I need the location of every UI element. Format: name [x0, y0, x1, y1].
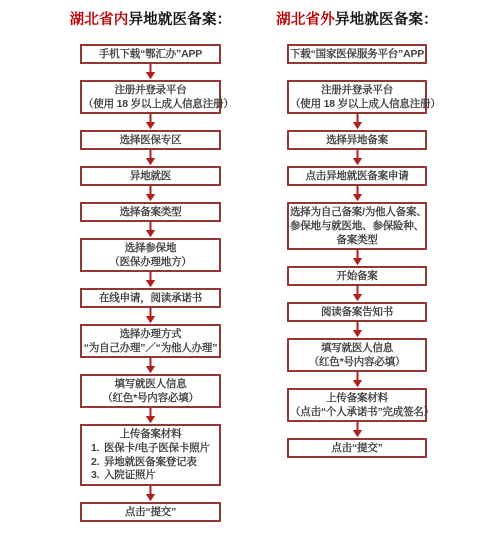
step-text-line: 参保地与就医地、参保险种、 — [290, 219, 424, 233]
step-text-line: 点击异地就医备案申请 — [290, 169, 424, 183]
down-arrow-icon — [144, 114, 157, 130]
flow-step-box: 选择为自己备案/为他人备案、参保地与就医地、参保险种、备案类型 — [287, 202, 427, 250]
step-text-line: “为自己办理”／“为他人办理” — [83, 341, 218, 355]
down-arrow-icon — [351, 372, 364, 388]
list-item-text: 医保卡/电子医保卡照片 — [104, 442, 210, 454]
column-title-highlight: 湖北省外 — [276, 12, 335, 28]
step-gap — [144, 114, 157, 130]
step-gap — [351, 114, 364, 130]
step-gap — [144, 64, 157, 80]
step-text-line: 选择异地备案 — [290, 133, 424, 147]
step-text-line: 开始备案 — [290, 269, 424, 283]
list-item-text: 异地就医备案登记表 — [104, 456, 197, 468]
step-text-line: 选择为自己备案/为他人备案、 — [290, 205, 424, 219]
step-text-line: （红色*号内容必填） — [83, 391, 218, 405]
flow-step-box: 上传备案材料1.医保卡/电子医保卡照片2.异地就医备案登记表3.入院证照片 — [80, 424, 221, 486]
step-text-line: 注册并登录平台 — [83, 83, 218, 97]
step-text-line: （红色*号内容必填） — [290, 355, 424, 369]
flow-step-box: 上传备案材料（点击“个人承诺书”完成签名） — [287, 388, 427, 422]
down-arrow-icon — [351, 150, 364, 166]
step-gap — [144, 186, 157, 202]
list-item-number: 3. — [91, 469, 104, 483]
down-arrow-icon — [351, 186, 364, 202]
flow-column-in-province: 湖北省内异地就医备案：手机下载“鄂汇办”APP注册并登录平台（使用 18 岁以上… — [80, 10, 221, 522]
step-material-list: 1.医保卡/电子医保卡照片2.异地就医备案登记表3.入院证照片 — [83, 442, 218, 483]
material-list-item: 1.医保卡/电子医保卡照片 — [91, 442, 218, 456]
column-title-rest: 异地就医备案： — [335, 12, 438, 28]
step-text-line: 填写就医人信息 — [290, 341, 424, 355]
flow-step-box: 选择参保地（医保办理地方） — [80, 238, 221, 272]
flow-step-box: 点击异地就医备案申请 — [287, 166, 427, 186]
column-title: 湖北省外异地就医备案： — [276, 10, 438, 30]
flow-step-box: 在线申请，阅读承诺书 — [80, 288, 221, 308]
step-gap — [351, 286, 364, 302]
step-gap — [351, 322, 364, 338]
flow-column-out-province: 湖北省外异地就医备案：下载“国家医保服务平台”APP注册并登录平台（使用 18 … — [287, 10, 427, 458]
flow-step-box: 手机下载“鄂汇办”APP — [80, 44, 221, 64]
list-item-number: 2. — [91, 456, 104, 470]
down-arrow-icon — [144, 358, 157, 374]
down-arrow-icon — [351, 322, 364, 338]
step-text-line: 点击“提交” — [290, 441, 424, 455]
step-gap — [351, 422, 364, 438]
material-list-item: 2.异地就医备案登记表 — [91, 456, 218, 470]
step-text-line: 异地就医 — [83, 169, 218, 183]
down-arrow-icon — [144, 64, 157, 80]
flow-step-box: 注册并登录平台（使用 18 岁以上成人信息注册） — [287, 80, 427, 114]
step-gap — [351, 186, 364, 202]
list-item-number: 1. — [91, 442, 104, 456]
step-text-line: 选择备案类型 — [83, 205, 218, 219]
down-arrow-icon — [351, 422, 364, 438]
step-text-line: （医保办理地方） — [83, 255, 218, 269]
flow-step-box: 阅读备案告知书 — [287, 302, 427, 322]
step-gap — [351, 150, 364, 166]
down-arrow-icon — [144, 272, 157, 288]
step-gap — [351, 250, 364, 266]
flow-step-box: 下载“国家医保服务平台”APP — [287, 44, 427, 64]
flow-step-box: 注册并登录平台（使用 18 岁以上成人信息注册） — [80, 80, 221, 114]
step-text-line: 在线申请，阅读承诺书 — [83, 291, 218, 305]
flow-step-box: 选择异地备案 — [287, 130, 427, 150]
down-arrow-icon — [144, 222, 157, 238]
step-gap — [144, 272, 157, 288]
flow-step-box: 开始备案 — [287, 266, 427, 286]
column-title-highlight: 湖北省内 — [70, 12, 129, 28]
step-text-line: 下载“国家医保服务平台”APP — [290, 47, 424, 61]
down-arrow-icon — [351, 250, 364, 266]
step-text-line: 手机下载“鄂汇办”APP — [83, 47, 218, 61]
step-text-line: 上传备案材料 — [290, 391, 424, 405]
flow-step-box: 点击“提交” — [287, 438, 427, 458]
column-title-rest: 异地就医备案： — [128, 12, 231, 28]
step-gap — [144, 358, 157, 374]
flow-step-box: 选择办理方式“为自己办理”／“为他人办理” — [80, 324, 221, 358]
step-text-line: 阅读备案告知书 — [290, 305, 424, 319]
down-arrow-icon — [144, 408, 157, 424]
step-gap — [144, 408, 157, 424]
flow-step-box: 点击“提交” — [80, 502, 221, 522]
flow-step-box: 选择备案类型 — [80, 202, 221, 222]
step-gap — [351, 372, 364, 388]
step-text-line: 注册并登录平台 — [290, 83, 424, 97]
step-gap — [144, 150, 157, 166]
list-item-text: 入院证照片 — [104, 469, 156, 481]
down-arrow-icon — [351, 286, 364, 302]
step-gap — [144, 222, 157, 238]
step-gap — [144, 308, 157, 324]
step-text-line: （点击“个人承诺书”完成签名） — [290, 405, 424, 419]
step-text-line: 填写就医人信息 — [83, 377, 218, 391]
material-list-item: 3.入院证照片 — [91, 469, 218, 483]
step-text-line: 上传备案材料 — [83, 427, 218, 441]
down-arrow-icon — [351, 114, 364, 130]
step-text-line: （使用 18 岁以上成人信息注册） — [290, 97, 424, 111]
step-text-line: 选择参保地 — [83, 241, 218, 255]
flow-step-box: 异地就医 — [80, 166, 221, 186]
step-text-line: 备案类型 — [290, 233, 424, 247]
step-text-line: 点击“提交” — [83, 505, 218, 519]
down-arrow-icon — [144, 308, 157, 324]
down-arrow-icon — [144, 186, 157, 202]
step-text-line: （使用 18 岁以上成人信息注册） — [83, 97, 218, 111]
flow-step-box: 填写就医人信息（红色*号内容必填） — [80, 374, 221, 408]
step-gap — [144, 486, 157, 502]
flow-step-box: 选择医保专区 — [80, 130, 221, 150]
step-text-line: 选择医保专区 — [83, 133, 218, 147]
flow-step-box: 填写就医人信息（红色*号内容必填） — [287, 338, 427, 372]
down-arrow-icon — [144, 150, 157, 166]
down-arrow-icon — [144, 486, 157, 502]
step-text-line: 选择办理方式 — [83, 327, 218, 341]
column-title: 湖北省内异地就医备案： — [70, 10, 232, 30]
